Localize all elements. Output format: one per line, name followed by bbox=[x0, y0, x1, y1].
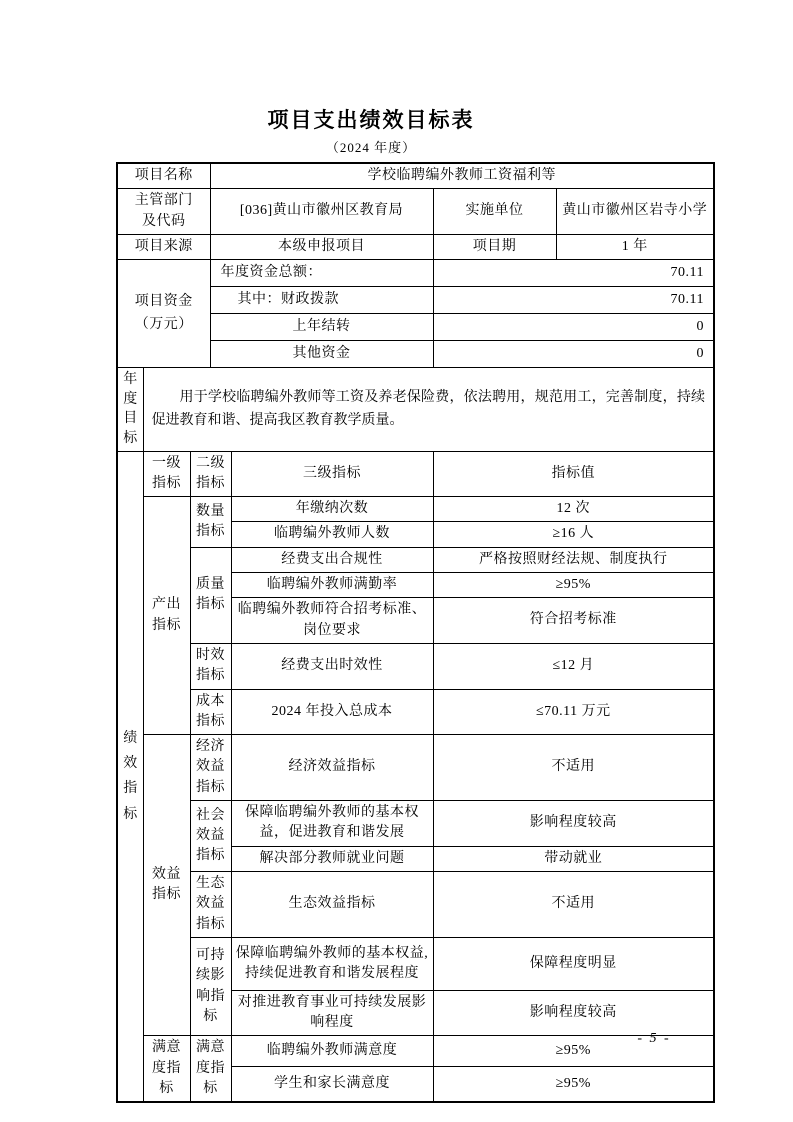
annual-goal-label: 年度目标 bbox=[117, 368, 143, 451]
project-name-label: 项目名称 bbox=[117, 163, 210, 189]
document-header: 项目支出绩效目标表 （2024 年度） bbox=[0, 0, 742, 156]
level2-timeliness: 时效指标 bbox=[190, 643, 231, 689]
level3-indicator: 对推进教育事业可持续发展影响程度 bbox=[231, 990, 433, 1036]
indicator-value: ≤70.11 万元 bbox=[433, 689, 714, 735]
table-row: 成本指标 2024 年投入总成本 ≤70.11 万元 bbox=[117, 689, 714, 735]
header-level3: 三级指标 bbox=[231, 451, 433, 497]
funds-total-value: 70.11 bbox=[433, 260, 714, 287]
level2-ecological: 生态效益指标 bbox=[190, 871, 231, 937]
dept-value: [036]黄山市徽州区教育局 bbox=[210, 189, 433, 235]
source-label: 项目来源 bbox=[117, 234, 210, 259]
indicator-value: 带动就业 bbox=[433, 846, 714, 871]
level3-indicator: 经济效益指标 bbox=[231, 735, 433, 801]
performance-target-table: 项目名称 学校临聘编外教师工资福利等 主管部门及代码 [036]黄山市徽州区教育… bbox=[116, 162, 715, 1103]
dept-label: 主管部门及代码 bbox=[117, 189, 210, 235]
impl-unit-value: 黄山市徽州区岩寺小学 bbox=[556, 189, 714, 235]
level3-indicator: 学生和家长满意度 bbox=[231, 1067, 433, 1103]
funds-fiscal-value: 70.11 bbox=[433, 287, 714, 314]
funds-label-line1: 项目资金 bbox=[122, 291, 206, 313]
table-row: 项目名称 学校临聘编外教师工资福利等 bbox=[117, 163, 714, 189]
header-level1: 一级指标 bbox=[143, 451, 190, 497]
indicator-value: ≥16 人 bbox=[433, 522, 714, 547]
table-row: 项目来源 本级申报项目 项目期 1 年 bbox=[117, 234, 714, 259]
annual-goal-text: 用于学校临聘编外教师等工资及养老保险费，依法聘用，规范用工，完善制度，持续促进教… bbox=[143, 368, 714, 451]
period-value: 1 年 bbox=[556, 234, 714, 259]
impl-unit-label: 实施单位 bbox=[433, 189, 556, 235]
level2-quantity: 数量指标 bbox=[190, 497, 231, 548]
table-row: 可持续影响指标 保障临聘编外教师的基本权益,持续促进教育和谐发展程度 保障程度明… bbox=[117, 937, 714, 990]
funds-label-line2: （万元） bbox=[122, 314, 206, 336]
indicator-value: ≤12 月 bbox=[433, 643, 714, 689]
table-row: 时效指标 经费支出时效性 ≤12 月 bbox=[117, 643, 714, 689]
performance-section-label: 绩效指标 bbox=[117, 451, 143, 1102]
indicator-value: 12 次 bbox=[433, 497, 714, 522]
funds-carryover-value: 0 bbox=[433, 314, 714, 341]
level3-indicator: 经费支出时效性 bbox=[231, 643, 433, 689]
funds-carryover-label: 上年结转 bbox=[210, 314, 433, 341]
page-number: - 5 - bbox=[618, 1031, 690, 1047]
level3-indicator: 临聘编外教师满意度 bbox=[231, 1036, 433, 1067]
table-row: 质量指标 经费支出合规性 严格按照财经法规、制度执行 bbox=[117, 547, 714, 572]
header-value: 指标值 bbox=[433, 451, 714, 497]
level3-indicator: 2024 年投入总成本 bbox=[231, 689, 433, 735]
level3-indicator: 保障临聘编外教师的基本权益，促进教育和谐发展 bbox=[231, 801, 433, 847]
level2-quality: 质量指标 bbox=[190, 547, 231, 643]
table-row: 社会效益指标 保障临聘编外教师的基本权益，促进教育和谐发展 影响程度较高 bbox=[117, 801, 714, 847]
table-row: 绩效指标 一级指标 二级指标 三级指标 指标值 bbox=[117, 451, 714, 497]
table-row: 生态效益指标 生态效益指标 不适用 bbox=[117, 871, 714, 937]
indicator-value: 影响程度较高 bbox=[433, 990, 714, 1036]
funds-label: 项目资金 （万元） bbox=[117, 260, 210, 368]
table-row: 效益指标 经济效益指标 经济效益指标 不适用 bbox=[117, 735, 714, 801]
funds-other-label: 其他资金 bbox=[210, 341, 433, 368]
indicator-value: ≥95% bbox=[433, 1067, 714, 1103]
project-name-value: 学校临聘编外教师工资福利等 bbox=[210, 163, 714, 189]
level3-indicator: 年缴纳次数 bbox=[231, 497, 433, 522]
level1-output: 产出指标 bbox=[143, 497, 190, 735]
table-row: 主管部门及代码 [036]黄山市徽州区教育局 实施单位 黄山市徽州区岩寺小学 bbox=[117, 189, 714, 235]
level3-indicator: 临聘编外教师符合招考标准、岗位要求 bbox=[231, 598, 433, 644]
level3-indicator: 临聘编外教师人数 bbox=[231, 522, 433, 547]
indicator-value: ≥95% bbox=[433, 573, 714, 598]
indicator-value: 保障程度明显 bbox=[433, 937, 714, 990]
funds-other-value: 0 bbox=[433, 341, 714, 368]
level2-satisfaction: 满意度指标 bbox=[190, 1036, 231, 1102]
indicator-value: 影响程度较高 bbox=[433, 801, 714, 847]
level1-benefit: 效益指标 bbox=[143, 735, 190, 1036]
indicator-value: 严格按照财经法规、制度执行 bbox=[433, 547, 714, 572]
level3-indicator: 保障临聘编外教师的基本权益,持续促进教育和谐发展程度 bbox=[231, 937, 433, 990]
level2-social: 社会效益指标 bbox=[190, 801, 231, 872]
page-title: 项目支出绩效目标表 bbox=[0, 104, 742, 134]
header-level2: 二级指标 bbox=[190, 451, 231, 497]
level2-sustainable: 可持续影响指标 bbox=[190, 937, 231, 1036]
table-row: 产出指标 数量指标 年缴纳次数 12 次 bbox=[117, 497, 714, 522]
funds-fiscal-label: 其中：财政拨款 bbox=[210, 287, 433, 314]
level3-indicator: 生态效益指标 bbox=[231, 871, 433, 937]
period-label: 项目期 bbox=[433, 234, 556, 259]
level3-indicator: 经费支出合规性 bbox=[231, 547, 433, 572]
level3-indicator: 解决部分教师就业问题 bbox=[231, 846, 433, 871]
source-value: 本级申报项目 bbox=[210, 234, 433, 259]
level2-economic: 经济效益指标 bbox=[190, 735, 231, 801]
indicator-value: 不适用 bbox=[433, 735, 714, 801]
table-row: 年度目标 用于学校临聘编外教师等工资及养老保险费，依法聘用，规范用工，完善制度，… bbox=[117, 368, 714, 451]
page-subtitle: （2024 年度） bbox=[0, 137, 742, 156]
level2-cost: 成本指标 bbox=[190, 689, 231, 735]
indicator-value: 符合招考标准 bbox=[433, 598, 714, 644]
level3-indicator: 临聘编外教师满勤率 bbox=[231, 573, 433, 598]
table-row: 项目资金 （万元） 年度资金总额： 70.11 bbox=[117, 260, 714, 287]
level1-satisfaction: 满意度指标 bbox=[143, 1036, 190, 1102]
funds-total-label: 年度资金总额： bbox=[210, 260, 433, 287]
indicator-value: 不适用 bbox=[433, 871, 714, 937]
